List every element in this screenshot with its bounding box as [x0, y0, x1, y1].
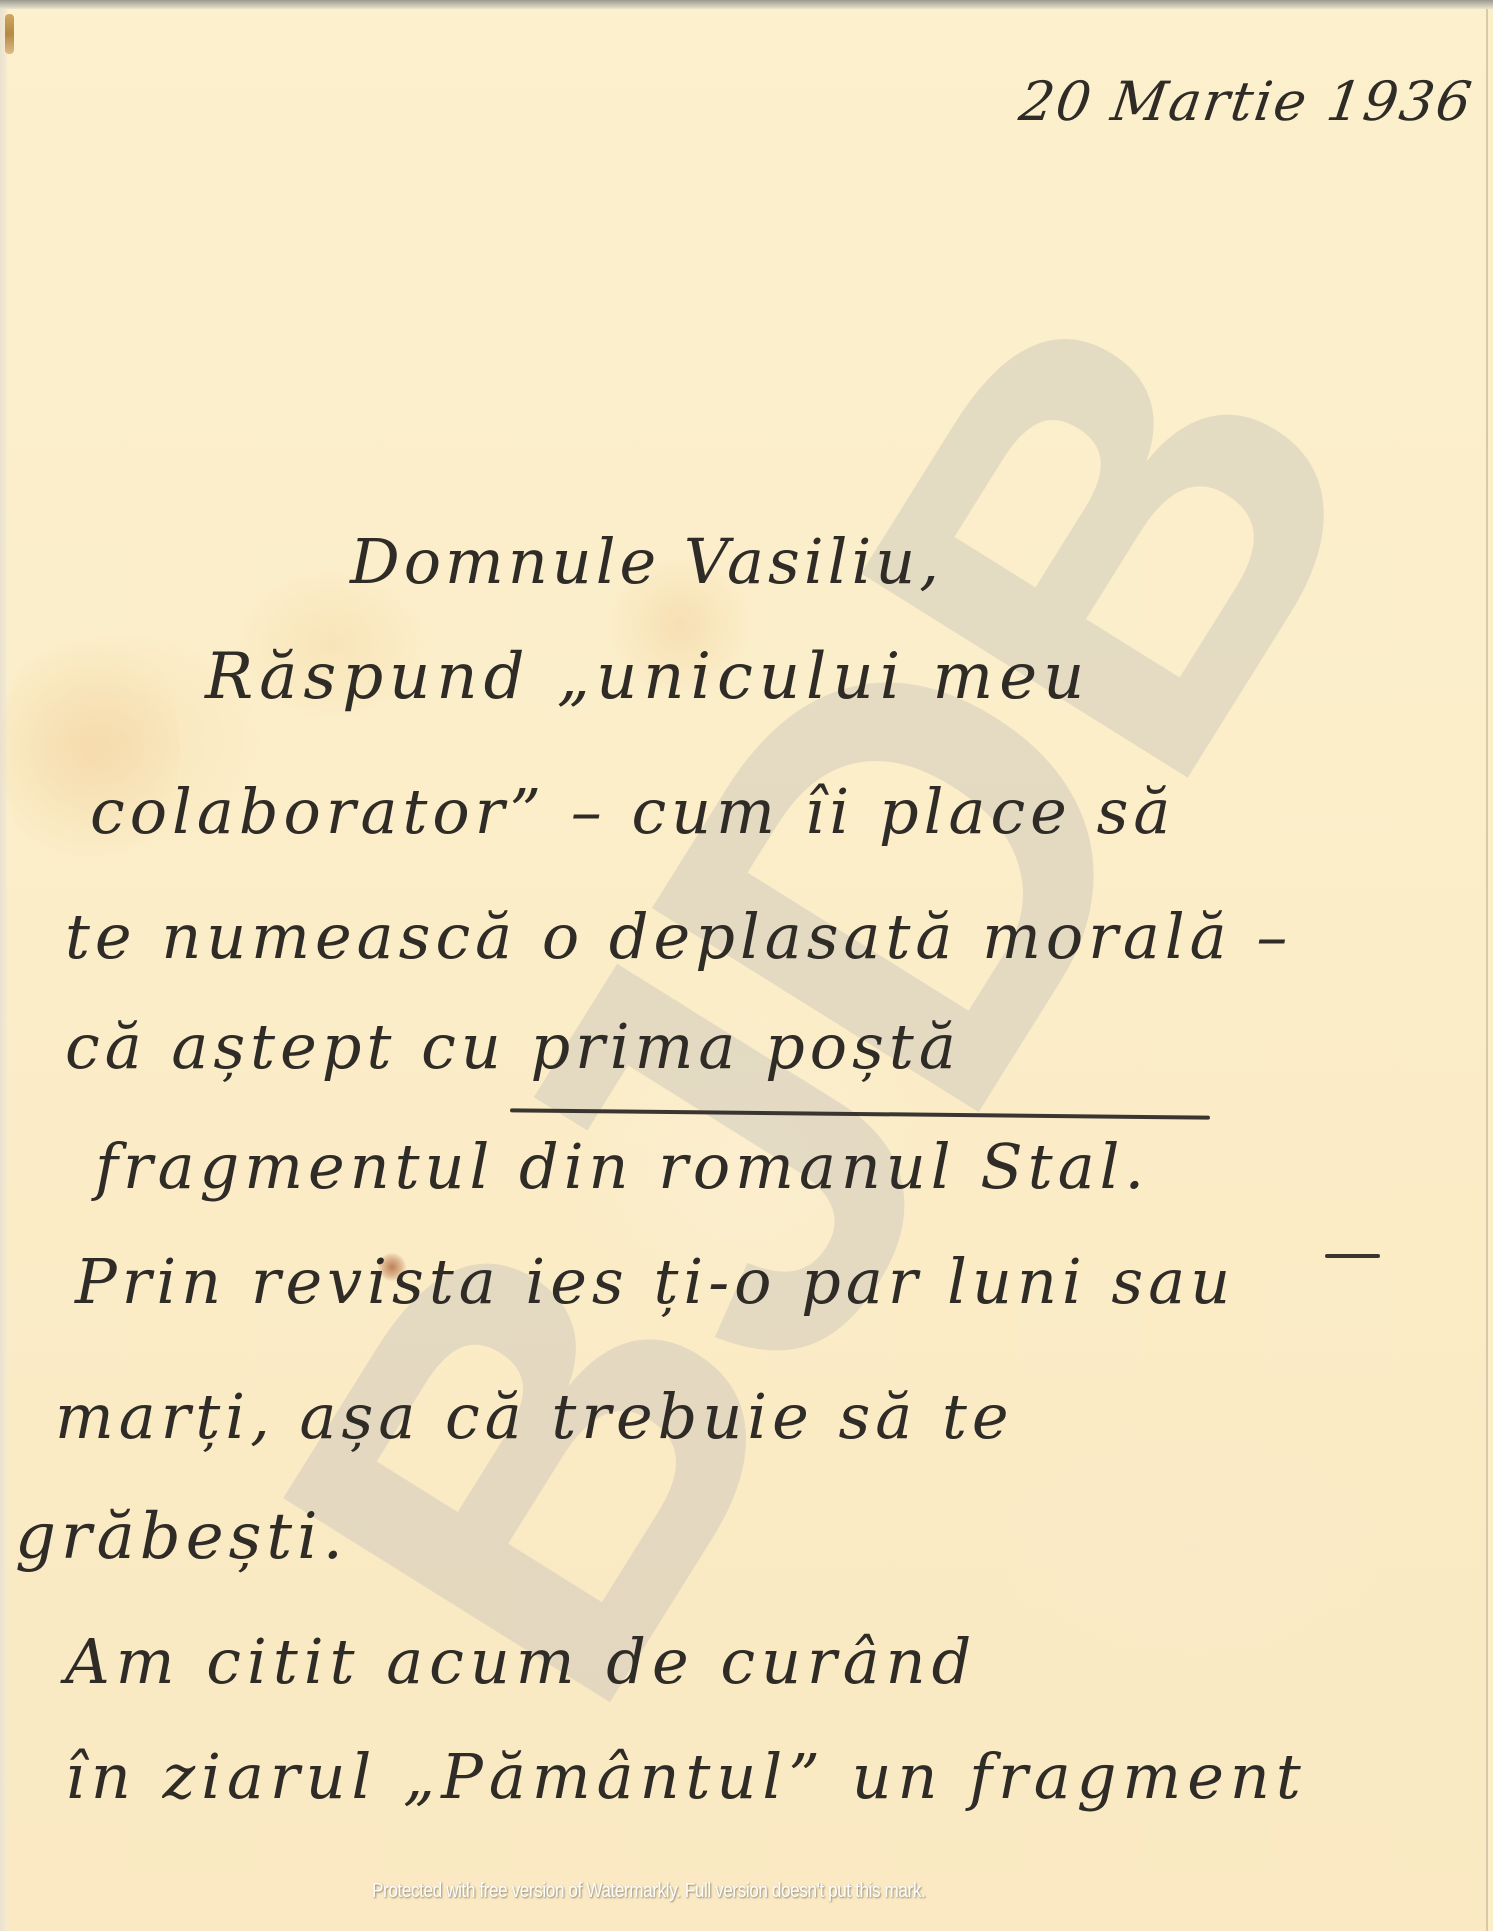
- scan-top-border: [0, 0, 1493, 9]
- letter-line-2: colaborator” – cum îi place să: [90, 775, 1175, 848]
- letter-line-3: te numească o deplasată morală –: [65, 900, 1292, 973]
- letter-line-10: în ziarul „Pământul” un fragment: [65, 1740, 1307, 1813]
- letter-line-7: marți, așa că trebuie să te: [55, 1380, 1014, 1453]
- ink-dash-mark: [1325, 1254, 1380, 1258]
- scanned-letter: BJDB 20 Martie 1936 Domnule Vasiliu, Răs…: [0, 0, 1493, 1931]
- letter-line-6: Prin revista ies ți-o par luni sau: [75, 1245, 1235, 1318]
- letter-line-1: Răspund „unicului meu: [205, 640, 1090, 714]
- letter-line-4: că aștept cu prima poștă: [65, 1010, 961, 1083]
- letter-line-8: grăbești.: [15, 1500, 348, 1574]
- letter-salutation: Domnule Vasiliu,: [350, 525, 943, 598]
- paper-left-edge: [0, 9, 7, 1931]
- letter-line-5: fragmentul din romanul Stal.: [95, 1130, 1149, 1203]
- letter-date: 20 Martie 1936: [1016, 70, 1478, 133]
- paper-right-edge: [1486, 9, 1488, 1931]
- watermarkly-footer-notice: Protected with free version of Watermark…: [372, 1880, 925, 1903]
- letter-line-9: Am citit acum de curând: [65, 1625, 977, 1698]
- corner-stain: [5, 14, 14, 54]
